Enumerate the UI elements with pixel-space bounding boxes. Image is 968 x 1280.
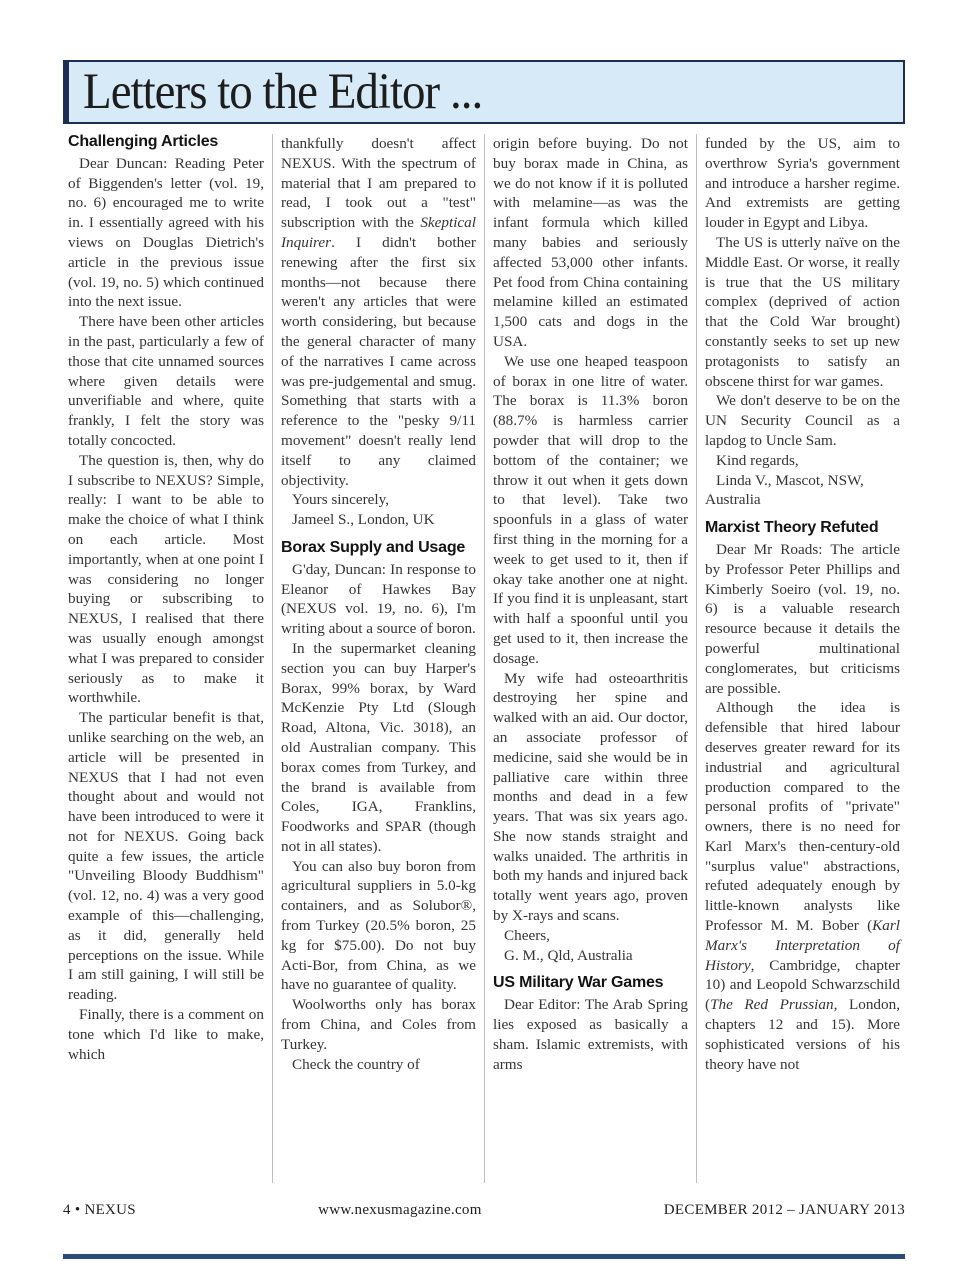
- letter-paragraph: We use one heaped teaspoon of borax in o…: [493, 352, 688, 669]
- letter-signature: G. M., Qld, Australia: [493, 946, 688, 966]
- letter-paragraph: Dear Editor: The Arab Spring lies expose…: [493, 995, 688, 1074]
- letter-paragraph: We don't deserve to be on the UN Securit…: [705, 391, 900, 450]
- letter-signature: Cheers,: [493, 926, 688, 946]
- column-2: thankfully doesn't affect NEXUS. With th…: [272, 134, 484, 1183]
- letter-paragraph: You can also buy boron from agricultural…: [281, 857, 476, 996]
- column-1: Challenging ArticlesDear Duncan: Reading…: [60, 134, 272, 1183]
- page-header-banner: Letters to the Editor ...: [63, 60, 905, 124]
- letter-signature: Yours sincerely,: [281, 490, 476, 510]
- footer-issue-date: DECEMBER 2012 – JANUARY 2013: [664, 1202, 905, 1219]
- letter-paragraph: G'day, Duncan: In response to Eleanor of…: [281, 560, 476, 639]
- letter-paragraph: Check the country of: [281, 1055, 476, 1075]
- letter-paragraph: My wife had osteoarthritis destroying he…: [493, 669, 688, 926]
- letter-signature: Linda V., Mascot, NSW, Australia: [705, 471, 900, 511]
- letter-paragraph: Dear Duncan: Reading Peter of Biggenden'…: [68, 154, 264, 312]
- page-footer: 4 • NEXUS www.nexusmagazine.com DECEMBER…: [63, 1202, 905, 1219]
- letter-paragraph: origin before buying. Do not buy borax m…: [493, 134, 688, 352]
- letter-paragraph: The particular benefit is that, unlike s…: [68, 708, 264, 1005]
- letter-signature: Kind regards,: [705, 451, 900, 471]
- page-title: Letters to the Editor ...: [69, 63, 482, 121]
- column-3: origin before buying. Do not buy borax m…: [484, 134, 696, 1183]
- letter-paragraph: In the supermarket cleaning section you …: [281, 639, 476, 857]
- letter-heading: Challenging Articles: [68, 134, 264, 152]
- letter-paragraph: thankfully doesn't affect NEXUS. With th…: [281, 134, 476, 490]
- letter-paragraph: The US is utterly naïve on the Middle Ea…: [705, 233, 900, 391]
- bottom-rule: [63, 1254, 905, 1259]
- footer-page-number: 4 • NEXUS: [63, 1202, 136, 1219]
- letter-heading: US Military War Games: [493, 973, 688, 993]
- letter-heading: Marxist Theory Refuted: [705, 518, 900, 538]
- letter-paragraph: funded by the US, aim to overthrow Syria…: [705, 134, 900, 233]
- letter-paragraph: The question is, then, why do I subscrib…: [68, 451, 264, 708]
- letter-paragraph: Woolworths only has borax from China, an…: [281, 995, 476, 1054]
- letter-paragraph: There have been other articles in the pa…: [68, 312, 264, 451]
- column-4: funded by the US, aim to overthrow Syria…: [696, 134, 908, 1183]
- letter-paragraph: Dear Mr Roads: The article by Professor …: [705, 540, 900, 698]
- letters-columns: Challenging ArticlesDear Duncan: Reading…: [60, 134, 908, 1183]
- footer-url: www.nexusmagazine.com: [318, 1202, 482, 1219]
- letter-signature: Jameel S., London, UK: [281, 510, 476, 530]
- magazine-page: Letters to the Editor ... Challenging Ar…: [0, 0, 968, 1280]
- letter-paragraph: Although the idea is defensible that hir…: [705, 698, 900, 1074]
- letter-paragraph: Finally, there is a comment on tone whic…: [68, 1005, 264, 1064]
- letter-heading: Borax Supply and Usage: [281, 538, 476, 558]
